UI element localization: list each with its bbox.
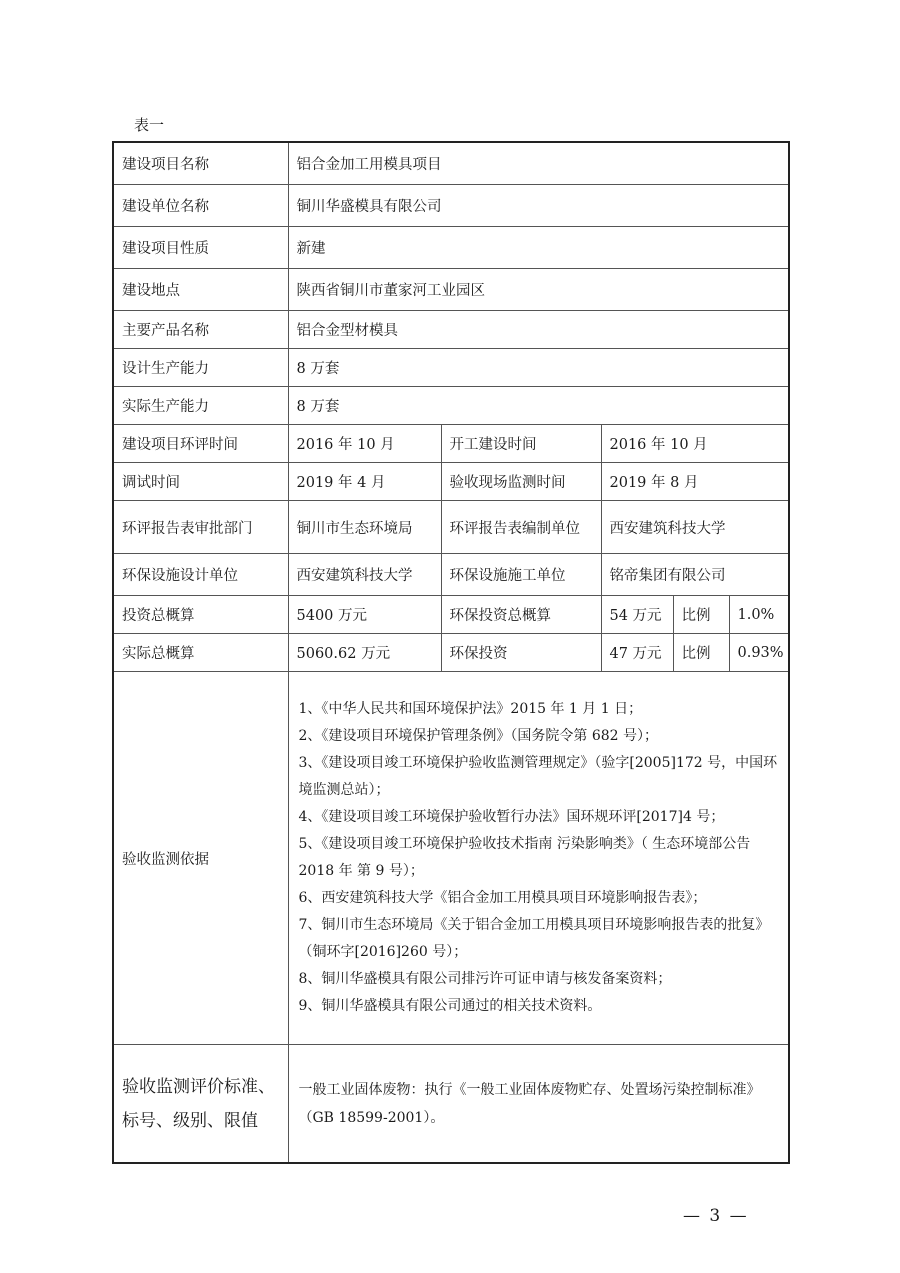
row-value: 8 万套 xyxy=(288,387,789,425)
table-row: 环保设施设计单位 西安建筑科技大学 环保设施施工单位 铭帝集团有限公司 xyxy=(113,554,789,596)
row-value: 铝合金加工用模具项目 xyxy=(288,142,789,185)
row-label-2: 环保投资 xyxy=(441,634,601,672)
row-label: 建设项目名称 xyxy=(113,142,288,185)
ratio-value: 0.93% xyxy=(729,634,789,672)
basis-list: 1、《中华人民共和国环境保护法》2015 年 1 月 1 日； 2、《建设项目环… xyxy=(288,672,789,1045)
row-label: 环评报告表审批部门 xyxy=(113,501,288,554)
basis-item: 9、铜川华盛模具有限公司通过的相关技术资料。 xyxy=(299,993,783,1020)
basis-label: 验收监测依据 xyxy=(113,672,288,1045)
table-row: 投资总概算 5400 万元 环保投资总概算 54 万元 比例 1.0% xyxy=(113,596,789,634)
row-value: 陕西省铜川市董家河工业园区 xyxy=(288,269,789,311)
row-value-2: 2016 年 10 月 xyxy=(601,425,789,463)
row-label: 主要产品名称 xyxy=(113,311,288,349)
basis-item: 4、《建设项目竣工环境保护验收暂行办法》国环规环评[2017]4 号； xyxy=(299,804,783,831)
row-value-2: 铭帝集团有限公司 xyxy=(601,554,789,596)
row-label-2: 开工建设时间 xyxy=(441,425,601,463)
table-row: 设计生产能力 8 万套 xyxy=(113,349,789,387)
row-label: 建设单位名称 xyxy=(113,185,288,227)
row-value-2: 2019 年 8 月 xyxy=(601,463,789,501)
table-row: 实际生产能力 8 万套 xyxy=(113,387,789,425)
table-row-basis: 验收监测依据 1、《中华人民共和国环境保护法》2015 年 1 月 1 日； 2… xyxy=(113,672,789,1045)
row-label-2: 环保设施施工单位 xyxy=(441,554,601,596)
row-value: 新建 xyxy=(288,227,789,269)
basis-item: 6、西安建筑科技大学《铝合金加工用模具项目环境影响报告表》； xyxy=(299,885,783,912)
ratio-value: 1.0% xyxy=(729,596,789,634)
row-value: 西安建筑科技大学 xyxy=(288,554,441,596)
row-value: 铝合金型材模具 xyxy=(288,311,789,349)
table-row: 实际总概算 5060.62 万元 环保投资 47 万元 比例 0.93% xyxy=(113,634,789,672)
table-row: 建设项目名称 铝合金加工用模具项目 xyxy=(113,142,789,185)
row-label: 投资总概算 xyxy=(113,596,288,634)
table-row: 建设项目性质 新建 xyxy=(113,227,789,269)
ratio-label: 比例 xyxy=(673,634,729,672)
row-label: 建设地点 xyxy=(113,269,288,311)
row-label: 建设项目性质 xyxy=(113,227,288,269)
table-row: 调试时间 2019 年 4 月 验收现场监测时间 2019 年 8 月 xyxy=(113,463,789,501)
row-label: 环保设施设计单位 xyxy=(113,554,288,596)
basis-item: 7、铜川市生态环境局《关于铝合金加工用模具项目环境影响报告表的批复》（铜环字[2… xyxy=(299,912,783,966)
page-number: — 3 — xyxy=(683,1206,749,1226)
row-label-2: 验收现场监测时间 xyxy=(441,463,601,501)
basis-item: 3、《建设项目竣工环境保护验收监测管理规定》（验字[2005]172 号，中国环… xyxy=(299,750,783,804)
basis-item: 8、铜川华盛模具有限公司排污许可证申请与核发备案资料； xyxy=(299,966,783,993)
standard-label: 验收监测评价标准、标号、级别、限值 xyxy=(113,1045,288,1164)
table-row: 环评报告表审批部门 铜川市生态环境局 环评报告表编制单位 西安建筑科技大学 xyxy=(113,501,789,554)
table-row: 建设地点 陕西省铜川市董家河工业园区 xyxy=(113,269,789,311)
row-label-2: 环评报告表编制单位 xyxy=(441,501,601,554)
row-label: 设计生产能力 xyxy=(113,349,288,387)
table-row: 建设项目环评时间 2016 年 10 月 开工建设时间 2016 年 10 月 xyxy=(113,425,789,463)
row-value: 8 万套 xyxy=(288,349,789,387)
table-row: 建设单位名称 铜川华盛模具有限公司 xyxy=(113,185,789,227)
table-row-standard: 验收监测评价标准、标号、级别、限值 一般工业固体废物：执行《一般工业固体废物贮存… xyxy=(113,1045,789,1164)
row-value: 铜川华盛模具有限公司 xyxy=(288,185,789,227)
basis-item: 2、《建设项目环境保护管理条例》（国务院令第 682 号）； xyxy=(299,723,783,750)
row-label: 建设项目环评时间 xyxy=(113,425,288,463)
row-label-2: 环保投资总概算 xyxy=(441,596,601,634)
ratio-label: 比例 xyxy=(673,596,729,634)
row-label: 实际生产能力 xyxy=(113,387,288,425)
row-value: 铜川市生态环境局 xyxy=(288,501,441,554)
standard-value: 一般工业固体废物：执行《一般工业固体废物贮存、处置场污染控制标准》（GB 185… xyxy=(288,1045,789,1164)
basis-item: 1、《中华人民共和国环境保护法》2015 年 1 月 1 日； xyxy=(299,696,783,723)
row-label: 调试时间 xyxy=(113,463,288,501)
table-row: 主要产品名称 铝合金型材模具 xyxy=(113,311,789,349)
table-caption: 表一 xyxy=(134,114,164,135)
row-value-2: 47 万元 xyxy=(601,634,673,672)
row-label: 实际总概算 xyxy=(113,634,288,672)
row-value: 5400 万元 xyxy=(288,596,441,634)
basis-item: 5、《建设项目竣工环境保护验收技术指南 污染影响类》（ 生态环境部公告 2018… xyxy=(299,831,783,885)
row-value: 2019 年 4 月 xyxy=(288,463,441,501)
project-info-table: 建设项目名称 铝合金加工用模具项目 建设单位名称 铜川华盛模具有限公司 建设项目… xyxy=(112,141,790,1164)
row-value: 5060.62 万元 xyxy=(288,634,441,672)
row-value-2: 54 万元 xyxy=(601,596,673,634)
row-value: 2016 年 10 月 xyxy=(288,425,441,463)
row-value-2: 西安建筑科技大学 xyxy=(601,501,789,554)
